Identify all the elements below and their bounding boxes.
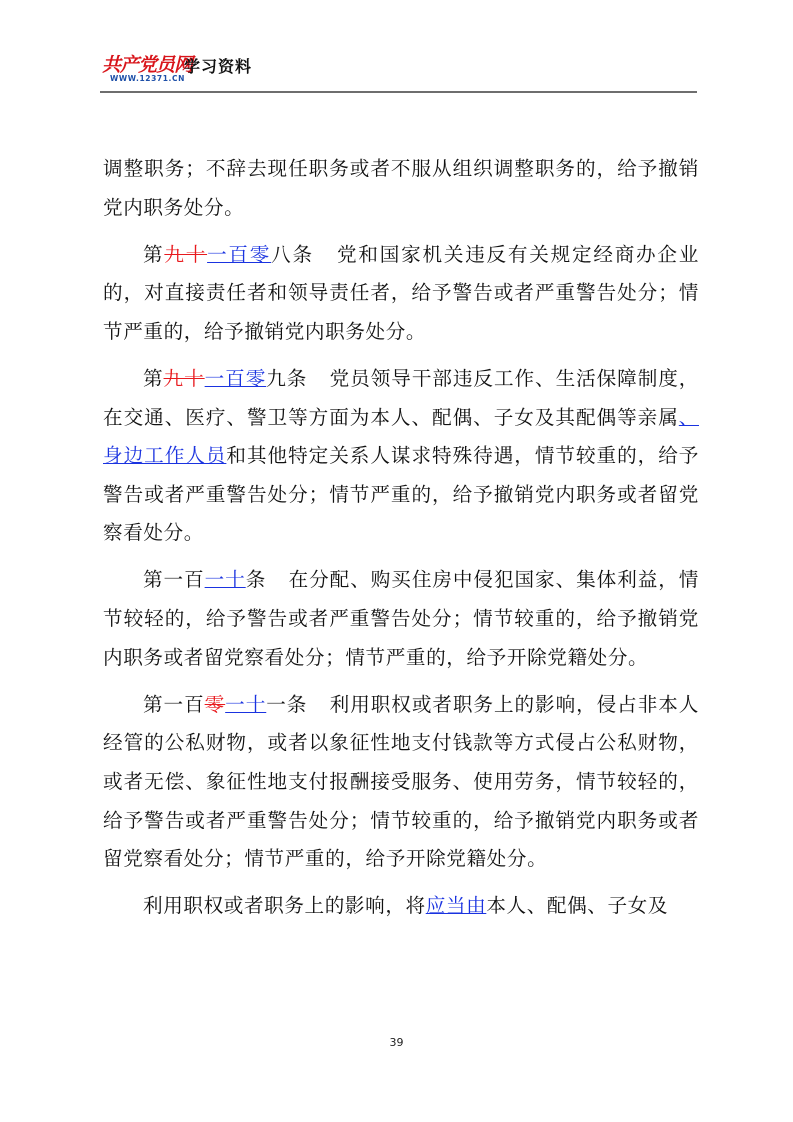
logo-text: 共产党员网: [102, 50, 192, 77]
article-suffix: 条: [246, 568, 267, 591]
article-prefix: 第: [143, 367, 164, 390]
document-body: 调整职务；不辞去现任职务或者不服从组织调整职务的，给予撤销党内职务处分。 第九十…: [103, 150, 699, 934]
inserted-text: 应当由: [426, 894, 487, 917]
paragraph-continuation: 调整职务；不辞去现任职务或者不服从组织调整职务的，给予撤销党内职务处分。: [103, 150, 699, 227]
paragraph-text: 利用职权或者职务上的影响，将: [143, 894, 426, 917]
header-divider: [100, 91, 697, 93]
inserted-text: 一十: [225, 693, 266, 716]
page-number: 39: [0, 1036, 793, 1049]
article-prefix: 第: [143, 243, 164, 266]
deleted-text: 九十: [164, 243, 207, 266]
deleted-text: 零: [205, 693, 226, 716]
article-108: 第九十一百零八条党和国家机关违反有关规定经商办企业的，对直接责任者和领导责任者，…: [103, 236, 699, 352]
inserted-text: 一百零: [205, 367, 267, 390]
article-111: 第一百零一十一条利用职权或者职务上的影响，侵占非本人经管的公私财物，或者以象征性…: [103, 686, 699, 879]
paragraph-text-continued: 本人、配偶、子女及: [486, 894, 668, 917]
article-prefix: 第一百: [143, 693, 205, 716]
paragraph-text: 调整职务；不辞去现任职务或者不服从组织调整职务的，给予撤销党内职务处分。: [103, 157, 699, 219]
article-suffix: 八条: [271, 243, 314, 266]
article-111-clause-2: 利用职权或者职务上的影响，将应当由本人、配偶、子女及: [103, 887, 699, 926]
article-suffix: 九条: [266, 367, 307, 390]
article-prefix: 第一百: [143, 568, 205, 591]
article-109: 第九十一百零九条党员领导干部违反工作、生活保障制度，在交通、医疗、警卫等方面为本…: [103, 360, 699, 553]
inserted-text: 一十: [205, 568, 246, 591]
page-header: 共产党员网 WWW.12371.CN 学习资料: [100, 46, 697, 94]
article-suffix: 一条: [266, 693, 307, 716]
article-body: 利用职权或者职务上的影响，侵占非本人经管的公私财物，或者以象征性地支付钱款等方式…: [103, 693, 699, 870]
deleted-text: 九十: [164, 367, 205, 390]
header-title: 学习资料: [184, 54, 252, 77]
logo-url: WWW.12371.CN: [110, 74, 185, 83]
article-110: 第一百一十条在分配、购买住房中侵犯国家、集体利益，情节较轻的，给予警告或者严重警…: [103, 561, 699, 677]
inserted-text: 一百零: [207, 243, 271, 266]
